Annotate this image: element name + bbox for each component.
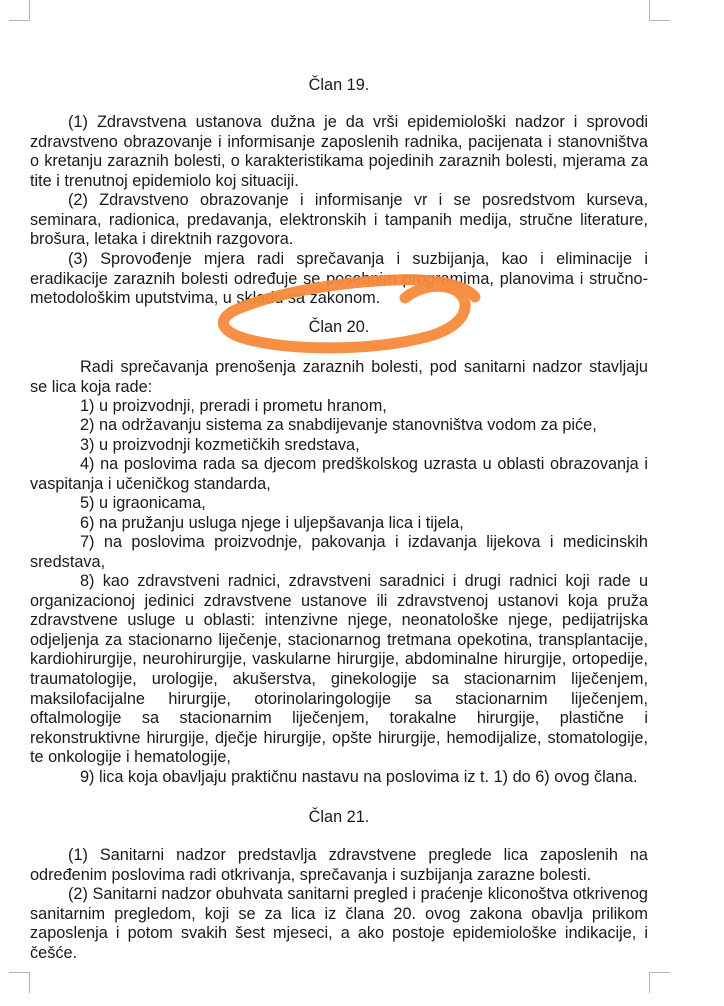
article-20-item: 8) kao zdravstveni radnici, zdravstveni …: [30, 572, 648, 768]
article-20-item: 6) na pružanju usluga njege i uljepšavan…: [30, 514, 648, 534]
article-21-paragraph-1: (1) Sanitarni nadzor predstavlja zdravst…: [30, 846, 648, 885]
article-19-title: Član 19.: [30, 76, 648, 96]
page-corner-mark-top-right: [649, 0, 670, 21]
article-21-paragraph-2: (2) Sanitarni nadzor obuhvata sanitarni …: [30, 885, 648, 963]
page-corner-mark-bottom-left: [9, 972, 30, 993]
article-20-item: 2) na održavanju sistema za snabdijevanj…: [30, 416, 648, 436]
article-20-title: Član 20.: [30, 318, 648, 338]
article-20-item: 3) u proizvodnji kozmetičkih sredstava,: [30, 436, 648, 456]
article-19-paragraph-2: (2) Zdravstveno obrazovanje i informisan…: [30, 191, 648, 250]
page-corner-mark-bottom-right: [649, 972, 670, 993]
article-20-item: 5) u igraonicama,: [30, 494, 648, 514]
article-19-paragraph-1: (1) Zdravstvena ustanova dužna je da vrš…: [30, 113, 648, 191]
article-20-item: 4) na poslovima rada sa djecom predškols…: [30, 455, 648, 494]
article-20-item: 1) u proizvodnji, preradi i prometu hran…: [30, 397, 648, 417]
page-corner-mark-top-left: [9, 0, 30, 21]
article-20-item: 9) lica koja obavljaju praktičnu nastavu…: [30, 768, 648, 788]
article-20-item: 7) na poslovima proizvodnje, pakovanja i…: [30, 533, 648, 572]
article-21-title: Član 21.: [30, 808, 648, 828]
article-19-paragraph-3: (3) Sprovođenje mjera radi sprečavanja i…: [30, 250, 648, 309]
article-20-intro: Radi sprečavanja prenošenja zaraznih bol…: [30, 358, 648, 397]
